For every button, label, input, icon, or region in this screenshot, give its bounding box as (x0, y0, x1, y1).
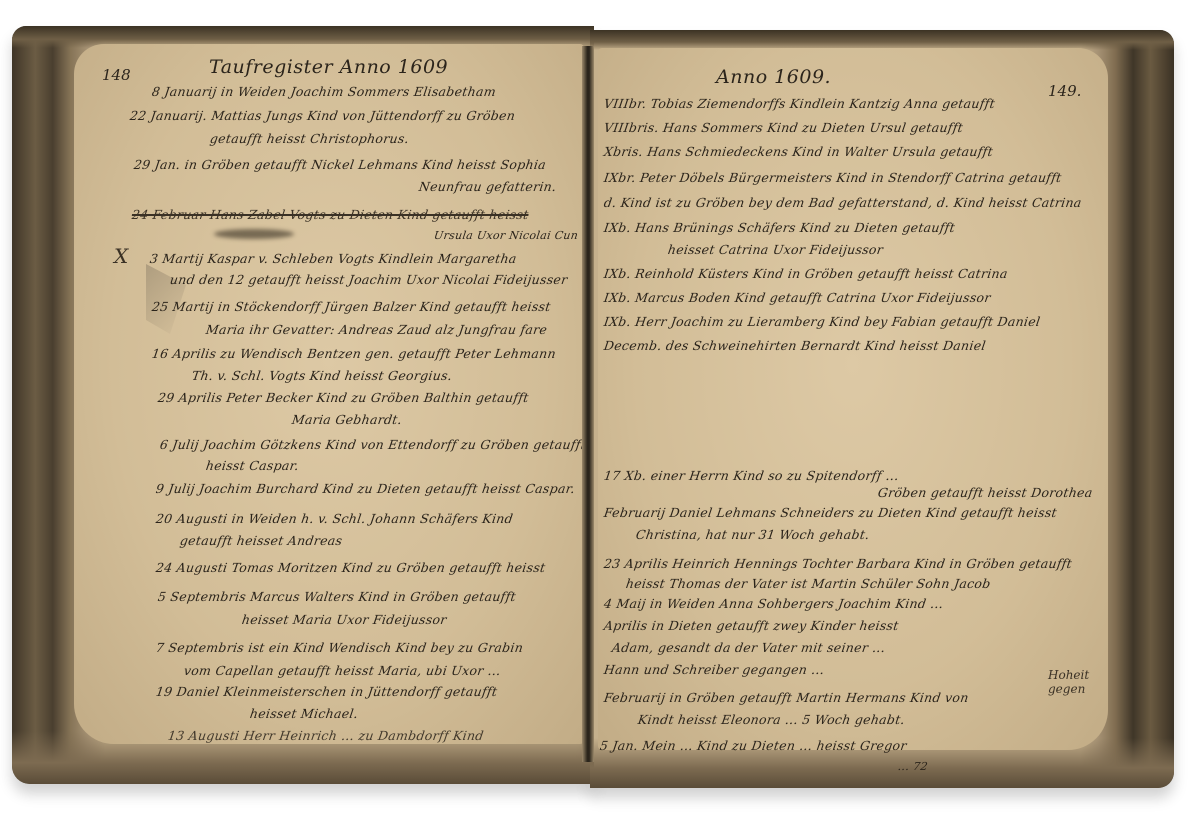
entry-line: 20 Augusti in Weiden h. v. Schl. Johann … (155, 511, 514, 526)
entry-line: getaufft heisset Andreas (179, 533, 343, 548)
page-number: 149. (1048, 82, 1081, 100)
entry-line: IXbr. Peter Döbels Bürgermeisters Kind i… (603, 170, 1063, 185)
entry-line: 24 Augusti Tomas Moritzen Kind zu Gröben… (155, 560, 547, 575)
entry-line: 9 Julij Joachim Burchard Kind zu Dieten … (155, 481, 576, 496)
entry-line: Decemb. des Schweinehirten Bernardt Kind… (603, 338, 987, 353)
entry-line: Th. v. Schl. Vogts Kind heisst Georgius. (191, 368, 453, 383)
entry-line: 8 Januarij in Weiden Joachim Sommers Eli… (151, 84, 497, 99)
entry-line: Ursula Uxor Nicolai Cun (433, 229, 579, 242)
entry-line: 4 Maij in Weiden Anna Sohbergers Joachim… (603, 596, 944, 611)
entry-line: 5 Septembris Marcus Walters Kind in Gröb… (157, 589, 517, 604)
entry-line: 3 Martij Kaspar v. Schleben Vogts Kindle… (149, 251, 518, 266)
left-page: 148 Taufregister Anno 1609 X 8 Januarij … (74, 44, 584, 744)
page-heading: Taufregister Anno 1609 (209, 56, 448, 78)
entry-line: IXb. Reinhold Küsters Kind in Gröben get… (603, 266, 1009, 281)
entry-line: Februarij in Gröben getaufft Martin Herm… (603, 690, 970, 705)
entry-line: 17 Xb. einer Herrn Kind so zu Spitendorf… (603, 468, 900, 483)
entry-line: getaufft heisst Christophorus. (209, 131, 410, 146)
entry-line: Gröben getaufft heisst Dorothea (877, 485, 1094, 500)
entry-line: 24 Februar Hans Zabel Vogts zu Dieten Ki… (131, 207, 530, 222)
ink-strikeout-smudge (214, 229, 294, 239)
entry-line: 22 Januarij. Mattias Jungs Kind von Jütt… (129, 108, 516, 123)
entry-line: heisst Caspar. (205, 458, 300, 473)
entry-line: 25 Martij in Stöckendorff Jürgen Balzer … (151, 299, 552, 314)
entry-line: IXb. Hans Brünings Schäfers Kind zu Diet… (603, 220, 956, 235)
page-number: 148 (102, 66, 131, 84)
top-edge-right (590, 30, 1174, 50)
entry-line: Adam, gesandt da der Vater mit seiner ..… (611, 640, 886, 655)
entry-line: 7 Septembris ist ein Kind Wendisch Kind … (155, 640, 524, 655)
entry-line: d. Kind ist zu Gröben bey dem Bad gefatt… (603, 195, 1083, 210)
entry-line: VIIIbris. Hans Sommers Kind zu Dieten Ur… (603, 120, 964, 135)
entry-line: heisset Catrina Uxor Fideijussor (667, 242, 884, 257)
page-heading: Anno 1609. (716, 66, 831, 88)
entry-line: Xbris. Hans Schmiedeckens Kind in Walter… (603, 144, 994, 159)
entry-line: IXb. Herr Joachim zu Lieramberg Kind bey… (603, 314, 1041, 329)
right-page: Anno 1609. 149. Hoheit gegen VIIIbr. Tob… (598, 48, 1108, 750)
entry-line: ... 72 (897, 760, 929, 773)
entry-line: heisst Thomas der Vater ist Martin Schül… (625, 576, 992, 591)
entry-line: Aprilis in Dieten getaufft zwey Kinder h… (603, 618, 900, 633)
entry-line: Hann und Schreiber gegangen ... (603, 662, 825, 677)
entry-line: Christina, hat nur 31 Woch gehabt. (635, 527, 871, 542)
entry-line: 6 Julij Joachim Götzkens Kind von Ettend… (159, 437, 587, 452)
entry-line: Neunfrau gefatterin. (418, 179, 558, 194)
book-gutter (582, 46, 594, 762)
entry-line: heisset Michael. (249, 706, 359, 721)
entry-line: Maria Gebhardt. (291, 412, 403, 427)
entry-line: 13 Augusti Herr Heinrich ... zu Dambdorf… (167, 728, 485, 743)
entry-line: vom Capellan getaufft heisst Maria, ubi … (183, 663, 502, 678)
entry-line: IXb. Marcus Boden Kind getaufft Catrina … (603, 290, 992, 305)
entry-line: Kindt heisst Eleonora ... 5 Woch gehabt. (637, 712, 906, 727)
entry-line: 29 Aprilis Peter Becker Kind zu Gröben B… (157, 390, 530, 405)
entry-line: 23 Aprilis Heinrich Hennings Tochter Bar… (603, 556, 1073, 571)
entry-line: und den 12 getaufft heisst Joachim Uxor … (169, 272, 569, 287)
entry-line: 29 Jan. in Gröben getaufft Nickel Lehman… (133, 157, 547, 172)
entry-line: 19 Daniel Kleinmeisterschen in Jüttendor… (155, 684, 498, 699)
entry-line: 5 Jan. Mein ... Kind zu Dieten ... heiss… (599, 738, 908, 753)
open-register-book: 148 Taufregister Anno 1609 X 8 Januarij … (12, 26, 1174, 788)
margin-note: Hoheit gegen (1048, 668, 1098, 696)
entry-line: Februarij Daniel Lehmans Schneiders zu D… (603, 505, 1058, 520)
entry-line: Maria ihr Gevatter: Andreas Zaud alz Jun… (205, 322, 548, 337)
entry-line: heisset Maria Uxor Fideijussor (241, 612, 448, 627)
entry-line: VIIIbr. Tobias Ziemendorffs Kindlein Kan… (603, 96, 996, 111)
entry-line: 16 Aprilis zu Wendisch Bentzen gen. geta… (151, 346, 557, 361)
margin-mark: X (114, 244, 128, 268)
